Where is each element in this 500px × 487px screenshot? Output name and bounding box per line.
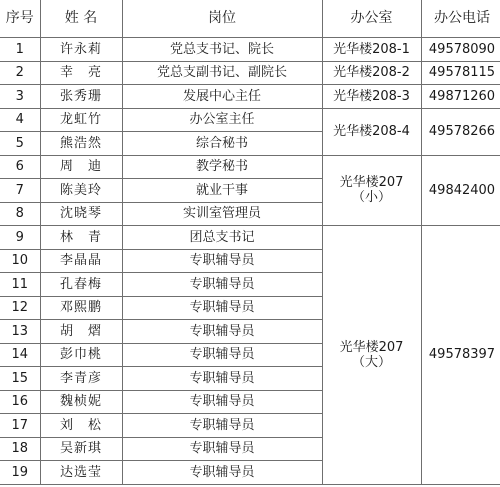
table-row: 4 龙虹竹 办公室主任 光华楼208-4 49578266 xyxy=(0,108,500,132)
post-cell: 专职辅导员 xyxy=(122,437,322,461)
phone-cell: 49578397 xyxy=(421,226,500,485)
seq-cell: 16 xyxy=(0,390,40,414)
office-line1: 光华楼207 xyxy=(340,175,404,190)
post-cell: 实训室管理员 xyxy=(122,202,322,226)
office-line2: （大） xyxy=(323,355,421,370)
post-cell: 教学秘书 xyxy=(122,155,322,179)
header-phone: 办公电话 xyxy=(421,0,500,38)
seq-cell: 12 xyxy=(0,296,40,320)
post-cell: 团总支书记 xyxy=(122,226,322,250)
office-line1: 光华楼208-4 xyxy=(333,124,410,139)
phone-cell: 49871260 xyxy=(421,85,500,109)
post-cell: 综合秘书 xyxy=(122,132,322,156)
table-row: 1 许永莉 党总支书记、院长 光华楼208-1 49578090 xyxy=(0,38,500,62)
table-row: 6 周 迪 教学秘书 光华楼207 （小） 49842400 xyxy=(0,155,500,179)
post-cell: 专职辅导员 xyxy=(122,461,322,485)
seq-cell: 15 xyxy=(0,367,40,391)
header-office: 办公室 xyxy=(322,0,421,38)
post-cell: 发展中心主任 xyxy=(122,85,322,109)
name-cell: 孔春梅 xyxy=(40,273,122,297)
seq-cell: 8 xyxy=(0,202,40,226)
table-row: 3 张秀珊 发展中心主任 光华楼208-3 49871260 xyxy=(0,85,500,109)
office-cell: 光华楼207 （大） xyxy=(322,226,421,485)
office-line1: 光华楼208-1 xyxy=(333,42,410,57)
post-cell: 专职辅导员 xyxy=(122,343,322,367)
name-cell: 林 青 xyxy=(40,226,122,250)
header-name: 姓 名 xyxy=(40,0,122,38)
name-cell: 吴新琪 xyxy=(40,437,122,461)
office-line1: 光华楼208-2 xyxy=(333,65,410,80)
post-cell: 办公室主任 xyxy=(122,108,322,132)
seq-cell: 7 xyxy=(0,179,40,203)
seq-cell: 2 xyxy=(0,61,40,85)
name-cell: 许永莉 xyxy=(40,38,122,62)
office-cell: 光华楼208-3 xyxy=(322,85,421,109)
seq-cell: 11 xyxy=(0,273,40,297)
post-cell: 专职辅导员 xyxy=(122,320,322,344)
table-row: 9 林 青 团总支书记 光华楼207 （大） 49578397 xyxy=(0,226,500,250)
staff-contact-table: 序号 姓 名 岗位 办公室 办公电话 1 许永莉 党总支书记、院长 光华楼208… xyxy=(0,0,500,485)
office-line1: 光华楼207 xyxy=(340,340,404,355)
office-cell: 光华楼208-2 xyxy=(322,61,421,85)
seq-cell: 18 xyxy=(0,437,40,461)
seq-cell: 5 xyxy=(0,132,40,156)
header-seq: 序号 xyxy=(0,0,40,38)
post-cell: 党总支副书记、副院长 xyxy=(122,61,322,85)
name-cell: 周 迪 xyxy=(40,155,122,179)
office-cell: 光华楼208-1 xyxy=(322,38,421,62)
office-cell: 光华楼207 （小） xyxy=(322,155,421,226)
phone-cell: 49842400 xyxy=(421,155,500,226)
name-cell: 熊浩然 xyxy=(40,132,122,156)
name-cell: 刘 松 xyxy=(40,414,122,438)
post-cell: 专职辅导员 xyxy=(122,273,322,297)
name-cell: 幸 亮 xyxy=(40,61,122,85)
name-cell: 陈美玲 xyxy=(40,179,122,203)
seq-cell: 1 xyxy=(0,38,40,62)
phone-cell: 49578115 xyxy=(421,61,500,85)
seq-cell: 17 xyxy=(0,414,40,438)
office-line2: （小） xyxy=(323,190,421,205)
seq-cell: 10 xyxy=(0,249,40,273)
seq-cell: 13 xyxy=(0,320,40,344)
post-cell: 专职辅导员 xyxy=(122,390,322,414)
name-cell: 彭巾桃 xyxy=(40,343,122,367)
table-row: 2 幸 亮 党总支副书记、副院长 光华楼208-2 49578115 xyxy=(0,61,500,85)
phone-cell: 49578090 xyxy=(421,38,500,62)
name-cell: 邓熙鹏 xyxy=(40,296,122,320)
seq-cell: 14 xyxy=(0,343,40,367)
header-post: 岗位 xyxy=(122,0,322,38)
seq-cell: 3 xyxy=(0,85,40,109)
seq-cell: 19 xyxy=(0,461,40,485)
post-cell: 专职辅导员 xyxy=(122,296,322,320)
name-cell: 胡 熠 xyxy=(40,320,122,344)
post-cell: 专职辅导员 xyxy=(122,367,322,391)
name-cell: 龙虹竹 xyxy=(40,108,122,132)
seq-cell: 4 xyxy=(0,108,40,132)
name-cell: 达选莹 xyxy=(40,461,122,485)
post-cell: 党总支书记、院长 xyxy=(122,38,322,62)
header-row: 序号 姓 名 岗位 办公室 办公电话 xyxy=(0,0,500,38)
seq-cell: 9 xyxy=(0,226,40,250)
post-cell: 就业干事 xyxy=(122,179,322,203)
name-cell: 沈晓琴 xyxy=(40,202,122,226)
post-cell: 专职辅导员 xyxy=(122,414,322,438)
seq-cell: 6 xyxy=(0,155,40,179)
name-cell: 张秀珊 xyxy=(40,85,122,109)
name-cell: 李青彦 xyxy=(40,367,122,391)
office-line1: 光华楼208-3 xyxy=(333,89,410,104)
name-cell: 李晶晶 xyxy=(40,249,122,273)
office-cell: 光华楼208-4 xyxy=(322,108,421,155)
post-cell: 专职辅导员 xyxy=(122,249,322,273)
phone-cell: 49578266 xyxy=(421,108,500,155)
name-cell: 魏桢妮 xyxy=(40,390,122,414)
